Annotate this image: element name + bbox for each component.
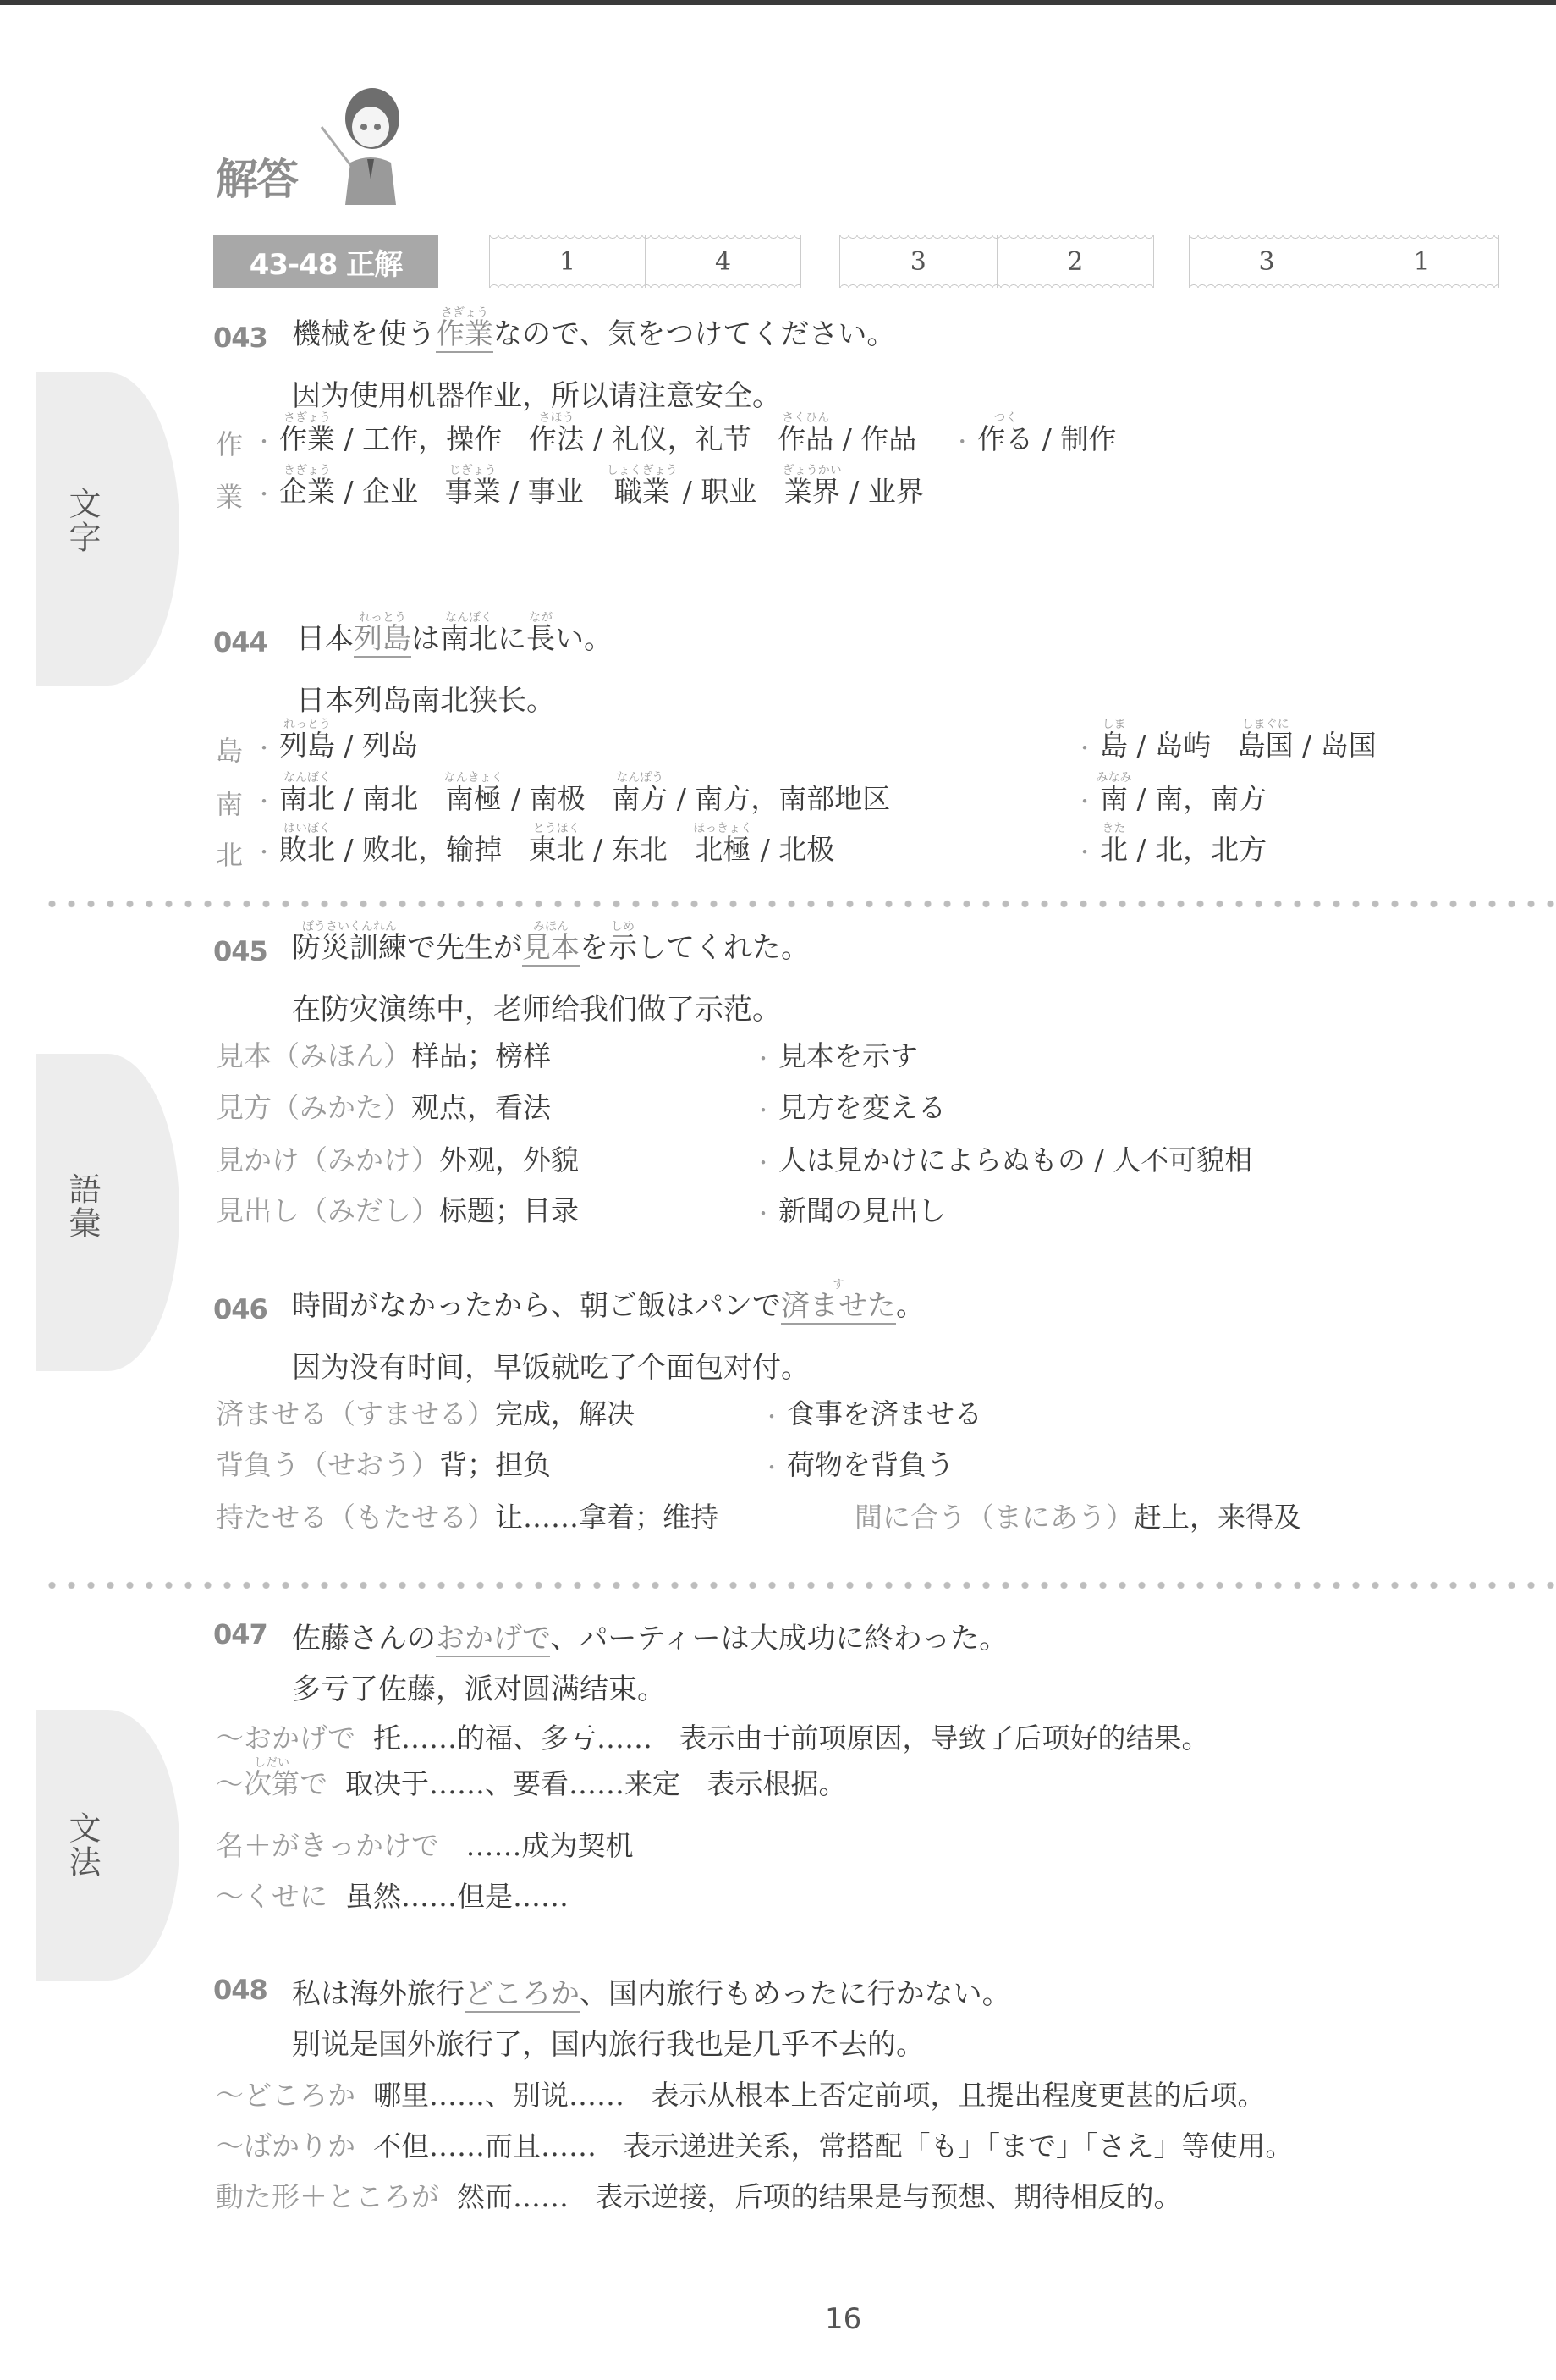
answer-cell: 3	[1190, 235, 1344, 288]
translation: 别说是国外旅行了，国内旅行我也是几乎不去的。	[292, 2021, 925, 2063]
kanji-row: ・企業きぎょう / 企业 事業じぎょう / 事业 職業しょくぎょう / 职业 業…	[254, 464, 924, 510]
vocab-row: 持たせる（もたせる）让……拿着；维持	[216, 1496, 718, 1535]
section-divider	[42, 1581, 1556, 1589]
kanji-label: 業	[216, 476, 243, 515]
kanji-label: 南	[216, 783, 243, 822]
grammar-row: ～くせに 虽然……但是……	[216, 1875, 569, 1914]
question-number: 047	[213, 1618, 267, 1650]
answer-cell: 3	[840, 235, 997, 288]
answer-group-1: 1 4	[489, 235, 801, 288]
grammar-row: 名＋がきっかけで ……成为契机	[216, 1824, 633, 1864]
question-sentence: 時間がなかったから、朝ご飯はパンで済ませたす。	[292, 1278, 925, 1324]
teacher-mascot-icon	[320, 78, 413, 205]
answer-cell: 1	[1344, 235, 1498, 288]
side-tab-bunpo	[36, 1710, 179, 1981]
answer-range-label: 43-48 正解	[213, 235, 438, 288]
answer-cell: 1	[490, 235, 645, 288]
translation: 多亏了佐藤，派对圆满结束。	[292, 1666, 666, 1707]
translation: 日本列岛南北狭长。	[296, 677, 555, 719]
vocab-example: ・人は見かけによらぬもの / 人不可貌相	[753, 1138, 1252, 1178]
question-sentence: 日本列島れっとうは南北なんぼくに長ながい。	[296, 611, 613, 657]
answer-group-3: 3 1	[1189, 235, 1499, 288]
translation: 因为没有时间，早饭就吃了个面包对付。	[292, 1344, 810, 1386]
vocab-row: 間に合う（まにあう）赶上，来得及	[855, 1496, 1301, 1535]
page-number: 16	[825, 2302, 861, 2336]
translation: 在防灾演练中，老师给我们做了示范。	[292, 986, 781, 1027]
kanji-row: ・敗北はいぼく / 败北，输掉 東北とうほく / 东北 北極ほっきょく / 北极	[254, 822, 834, 868]
kanji-row: ・作業さぎょう / 工作，操作 作法さほう / 礼仪，礼节 作品さくひん / 作…	[254, 411, 1116, 457]
page-title: 解答	[216, 146, 297, 207]
grammar-row: 動た形＋ところが 然而…… 表示逆接，后项的结果是与预想、期待相反的。	[216, 2175, 1181, 2215]
vocab-example: ・見方を変える	[753, 1086, 946, 1126]
question-number: 048	[213, 1974, 267, 2006]
top-border	[0, 0, 1556, 5]
question-number: 045	[213, 935, 267, 967]
vocab-example: ・新聞の見出し	[753, 1189, 946, 1229]
question-number: 043	[213, 322, 267, 354]
section-divider	[42, 900, 1556, 908]
vocab-example: ・見本を示す	[753, 1034, 918, 1074]
vocab-row: 見出し（みだし）标题；目录	[216, 1189, 579, 1229]
vocab-row: 済ませる（すませる）完成，解决	[216, 1392, 635, 1432]
kanji-label: 作	[216, 423, 243, 462]
answer-cell: 4	[645, 235, 800, 288]
vocab-row: 背負う（せおう）背；担负	[216, 1443, 551, 1483]
question-number: 044	[213, 626, 267, 658]
kanji-row: ・南北なんぼく / 南北 南極なんきょく / 南极 南方なんぽう / 南方，南部…	[254, 771, 890, 817]
question-sentence: 機械を使う作業さぎょうなので、気をつけてください。	[292, 306, 895, 352]
grammar-row: ～次第でしだい 取决于……、要看……来定 表示根据。	[216, 1756, 846, 1802]
side-tab-moji	[36, 372, 179, 686]
kanji-label: 北	[216, 834, 243, 873]
question-sentence: 防災訓練ぼうさいくんれんで先生が見本みほんを示しめしてくれた。	[292, 920, 810, 966]
side-tab-label: 語彙	[59, 1172, 106, 1240]
question-sentence: 私は海外旅行どころか、国内旅行もめったに行かない。	[292, 1970, 1011, 2012]
side-tab-label: 文法	[59, 1811, 106, 1879]
side-tab-label: 文字	[59, 487, 106, 554]
vocab-row: 見方（みかた）观点，看法	[216, 1086, 551, 1126]
kanji-row-right: ・南みなみ / 南，南方	[1075, 771, 1267, 817]
question-sentence: 佐藤さんのおかげで、パーティーは大成功に終わった。	[292, 1615, 1008, 1656]
answer-cell: 2	[997, 235, 1154, 288]
grammar-row: ～どころか 哪里……、别说…… 表示从根本上否定前项，且提出程度更甚的后项。	[216, 2074, 1265, 2113]
grammar-row: ～ばかりか 不但……而且…… 表示递进关系，常搭配「も」「まで」「さえ」等使用。	[216, 2124, 1293, 2164]
vocab-example: ・荷物を背負う	[762, 1443, 954, 1483]
kanji-label: 島	[216, 730, 243, 769]
question-number: 046	[213, 1293, 267, 1325]
vocab-row: 見かけ（みかけ）外观，外貌	[216, 1138, 579, 1178]
vocab-row: 見本（みほん）样品；榜样	[216, 1034, 551, 1074]
kanji-row-right: ・北きた / 北，北方	[1075, 822, 1267, 868]
side-tab-goi	[36, 1054, 179, 1371]
kanji-row: ・列島れっとう / 列岛	[254, 718, 418, 763]
grammar-row: ～おかげで 托……的福、多亏…… 表示由于前项原因，导致了后项好的结果。	[216, 1716, 1209, 1756]
vocab-example: ・食事を済ませる	[762, 1392, 982, 1432]
kanji-row-right: ・島しま / 岛屿 島国しまぐに / 岛国	[1075, 718, 1377, 763]
translation: 因为使用机器作业，所以请注意安全。	[292, 372, 781, 414]
answer-group-2: 3 2	[839, 235, 1154, 288]
